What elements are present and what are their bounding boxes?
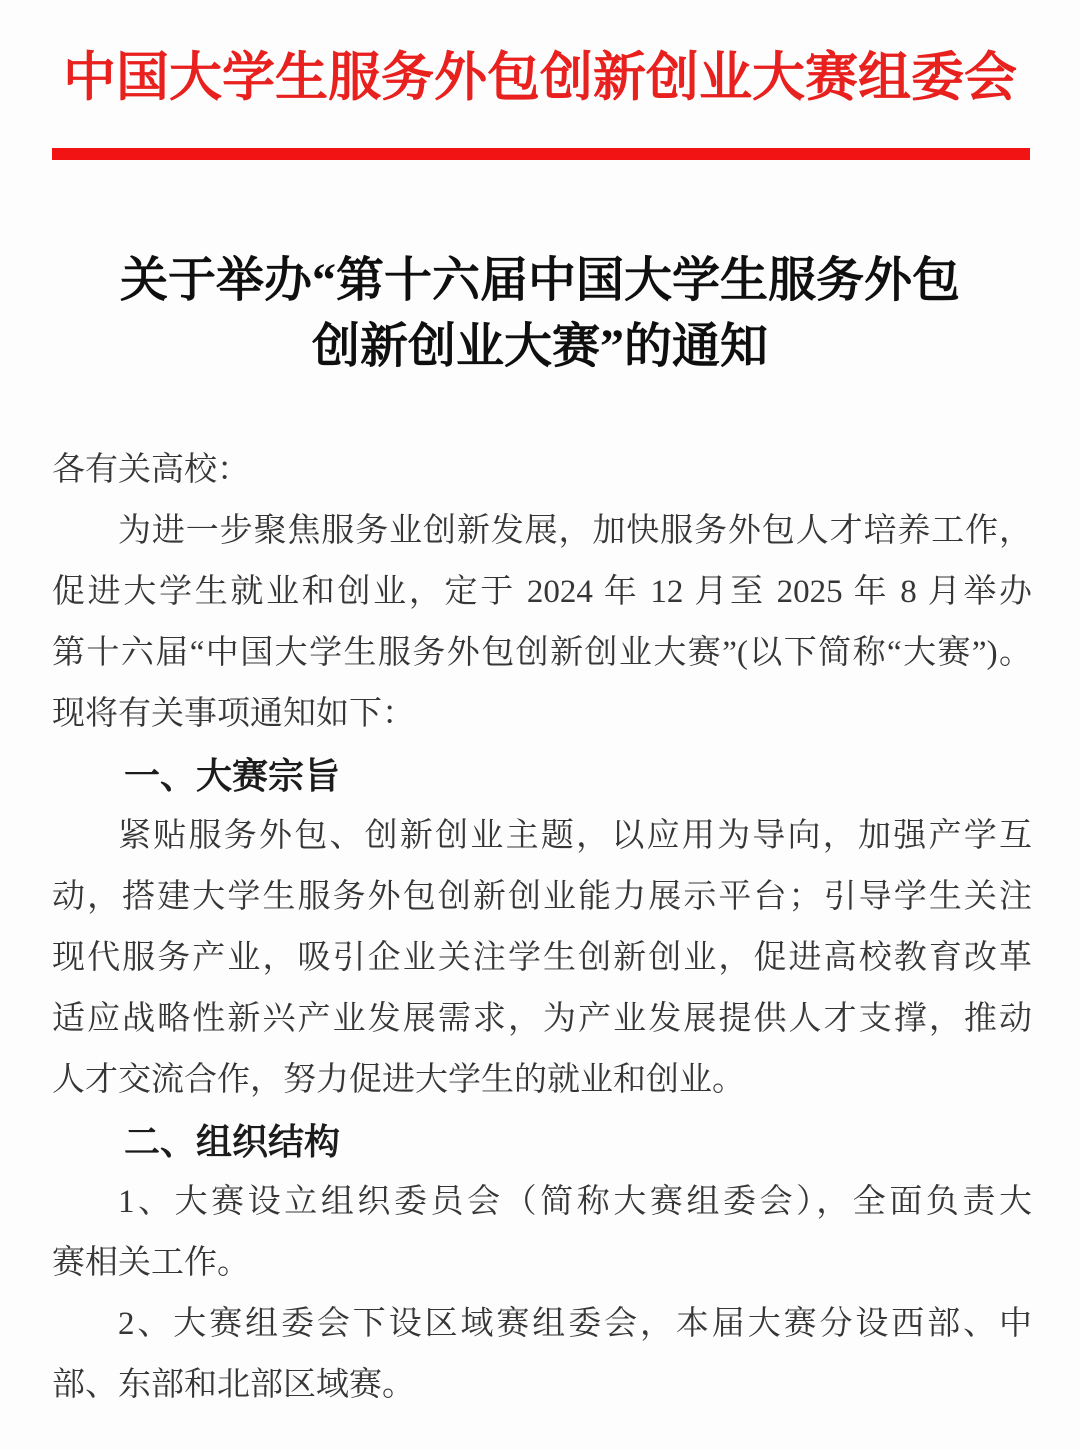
notice-title-line-2: 创新创业大赛”的通知 [0,314,1080,380]
document-line: 适应战略性新兴产业发展需求，为产业发展提供人才支撑，推动 [52,989,1032,1050]
document-line: 促进大学生就业和创业，定于 2024 年 12 月至 2025 年 8 月举办 [52,562,1032,623]
section-heading: 一、大赛宗旨 [52,745,1032,806]
document-line: 各有关高校： [52,440,1032,501]
document-line: 现代服务产业，吸引企业关注学生创新创业，促进高校教育改革 [52,928,1032,989]
letterhead: 中国大学生服务外包创新创业大赛组委会 [0,0,1080,160]
document-line: 紧贴服务外包、创新创业主题，以应用为导向，加强产学互 [52,806,1032,867]
document-line: 为进一步聚焦服务业创新发展，加快服务外包人才培养工作， [52,501,1032,562]
notice-content: 关于举办“第十六届中国大学生服务外包 创新创业大赛”的通知 各有关高校：为进一步… [0,248,1080,1416]
notice-title: 关于举办“第十六届中国大学生服务外包 创新创业大赛”的通知 [0,248,1080,380]
document-line: 第十六届“中国大学生服务外包创新创业大赛”(以下简称“大赛”)。 [52,623,1032,684]
document-line: 赛相关工作。 [52,1233,1032,1294]
document-line: 2、大赛组委会下设区域赛组委会，本届大赛分设西部、中 [52,1294,1032,1355]
red-divider-rule [52,148,1030,160]
notice-title-line-1: 关于举办“第十六届中国大学生服务外包 [0,248,1080,314]
organization-title: 中国大学生服务外包创新创业大赛组委会 [0,0,1080,110]
document-line: 1、大赛设立组织委员会（简称大赛组委会），全面负责大 [52,1172,1032,1233]
notice-document-page: 中国大学生服务外包创新创业大赛组委会 关于举办“第十六届中国大学生服务外包 创新… [0,0,1080,1450]
document-line: 部、东部和北部区域赛。 [52,1355,1032,1416]
section-heading: 二、组织结构 [52,1111,1032,1172]
document-line: 动，搭建大学生服务外包创新创业能力展示平台；引导学生关注 [52,867,1032,928]
notice-body: 各有关高校：为进一步聚焦服务业创新发展，加快服务外包人才培养工作，促进大学生就业… [0,440,1080,1416]
document-line: 人才交流合作，努力促进大学生的就业和创业。 [52,1050,1032,1111]
document-line: 现将有关事项通知如下： [52,684,1032,745]
